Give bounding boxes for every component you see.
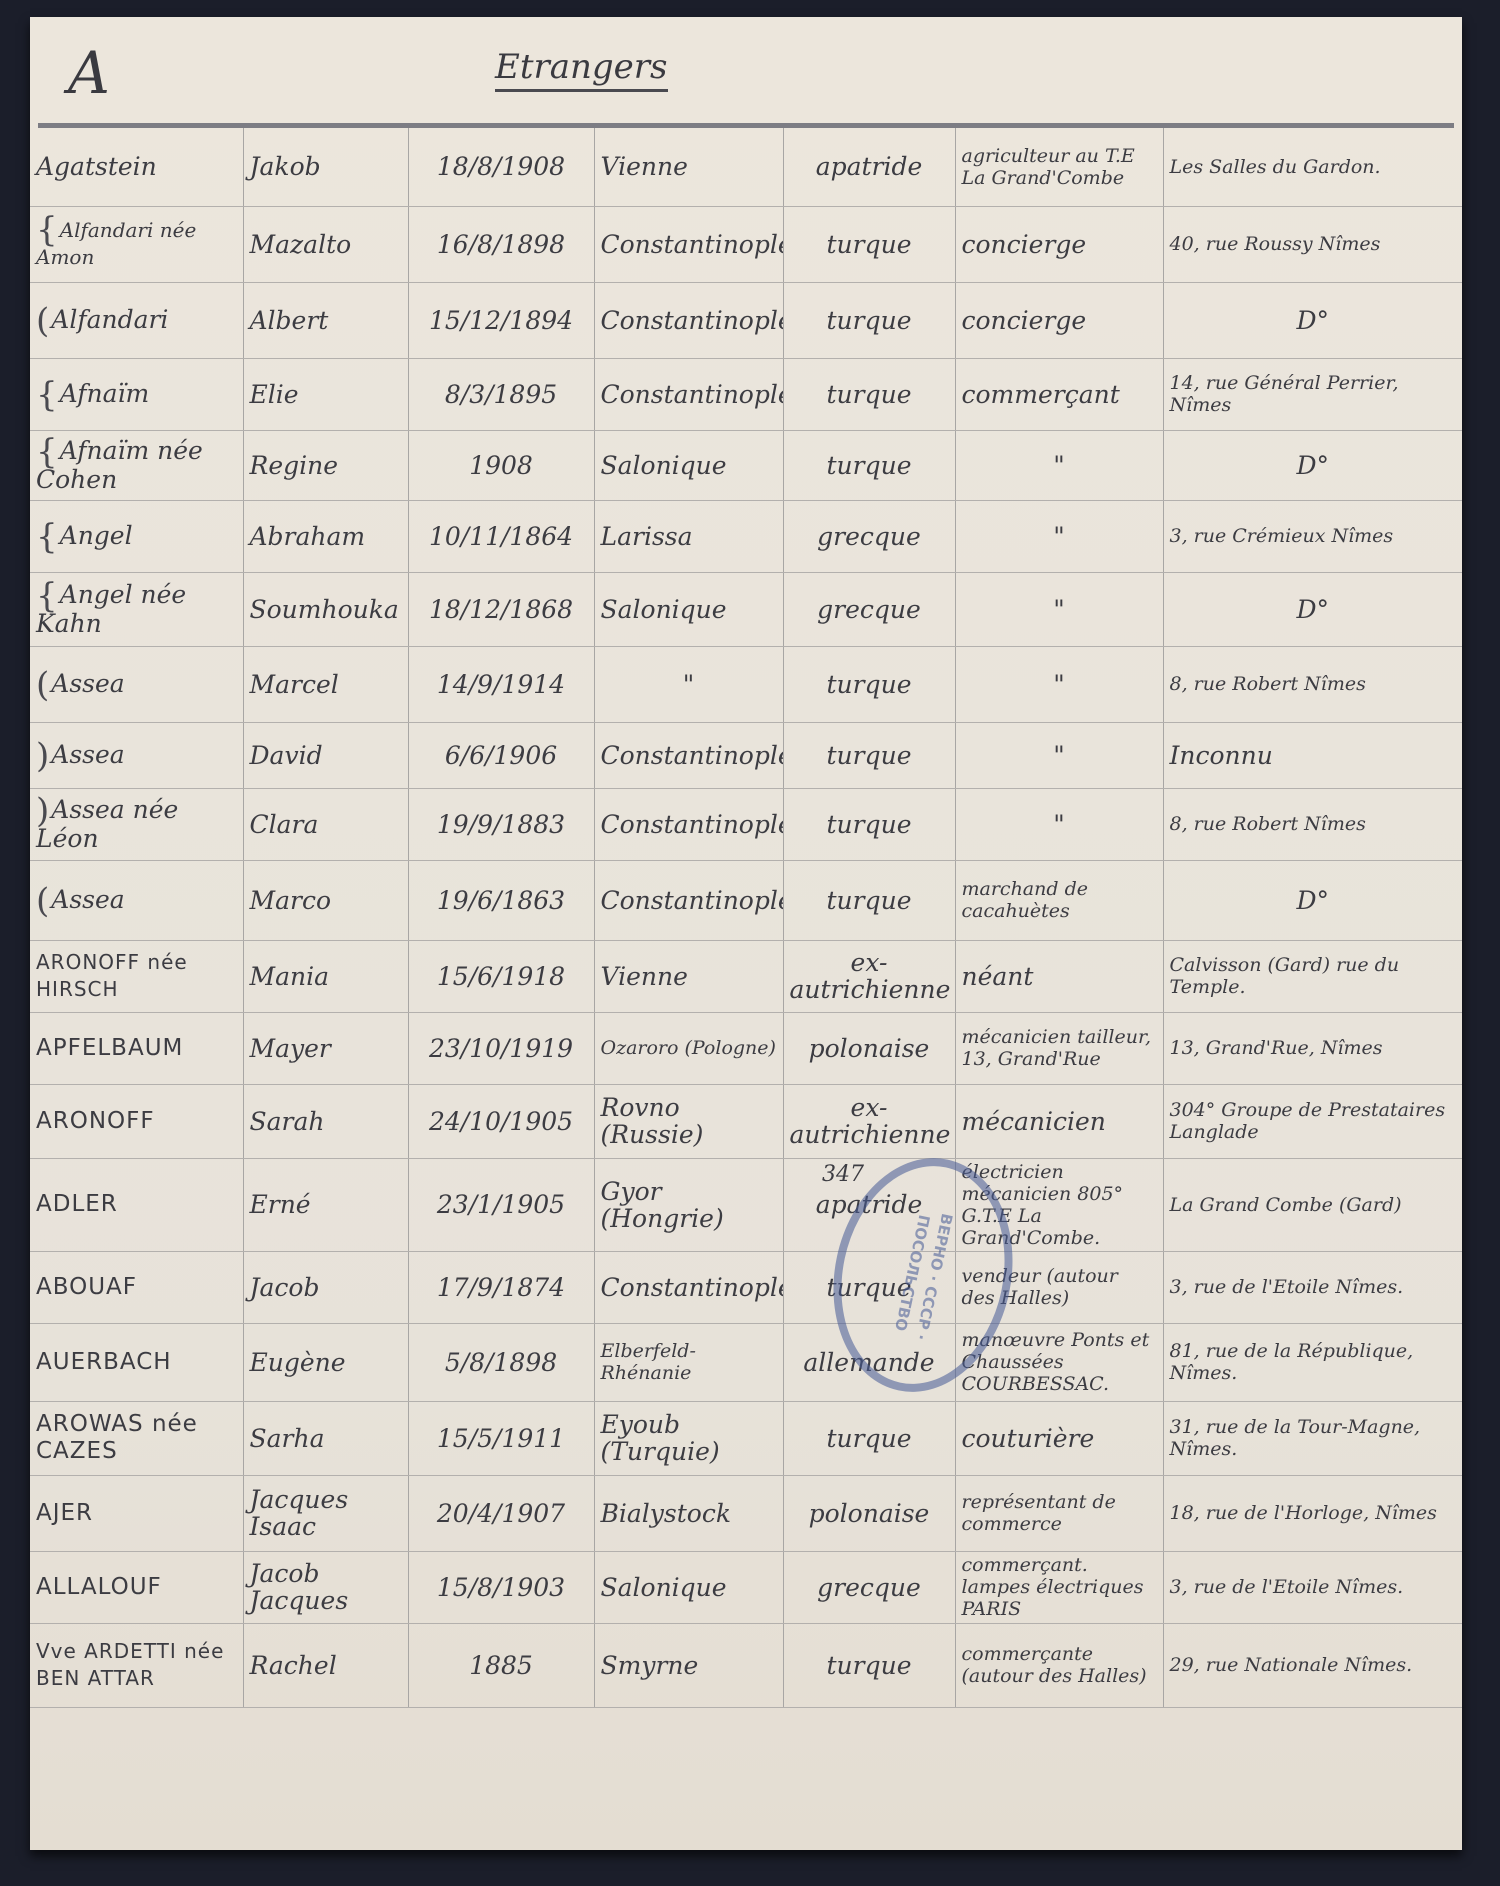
cell-nom: {Angel née Kahn bbox=[30, 572, 243, 646]
cell-text: 3, rue de l'Etoile Nîmes. bbox=[1170, 1576, 1404, 1598]
cell-lieu: Ozaroro (Pologne) bbox=[594, 1012, 783, 1084]
brace-mark: ) bbox=[36, 743, 49, 770]
cell-prenom: Sarha bbox=[243, 1401, 408, 1475]
cell-adresse: D° bbox=[1163, 282, 1462, 358]
cell-nationalite: turque bbox=[783, 860, 955, 940]
cell-text: Regine bbox=[250, 451, 339, 480]
table-row: AUERBACHEugène5/8/1898Elberfeld-Rhénanie… bbox=[30, 1323, 1462, 1401]
cell-prenom: Mazalto bbox=[243, 206, 408, 282]
cell-nationalite: turque bbox=[783, 788, 955, 860]
cell-text: " bbox=[683, 670, 695, 699]
cell-text: 8, rue Robert Nîmes bbox=[1170, 813, 1366, 835]
cell-lieu: Bialystock bbox=[594, 1475, 783, 1551]
cell-nom: (Assea bbox=[30, 646, 243, 722]
cell-nationalite: apatride bbox=[783, 128, 955, 206]
cell-text: Sarah bbox=[250, 1107, 325, 1136]
cell-text: marchand de cacahuètes bbox=[962, 878, 1088, 922]
cell-adresse: Inconnu bbox=[1163, 722, 1462, 788]
cell-lieu: Salonique bbox=[594, 430, 783, 500]
cell-text: 14/9/1914 bbox=[437, 670, 565, 699]
cell-text: Alfandari bbox=[51, 305, 168, 334]
cell-text: 23/10/1919 bbox=[429, 1034, 573, 1063]
table-row: ADLERErné23/1/1905Gyor (Hongrie)apatride… bbox=[30, 1158, 1462, 1251]
cell-text: Calvisson (Gard) rue du Temple. bbox=[1170, 954, 1400, 998]
cell-text: Rovno (Russie) bbox=[601, 1093, 704, 1149]
cell-text: turque bbox=[827, 810, 912, 839]
cell-text: grecque bbox=[817, 595, 921, 624]
cell-text: Angel bbox=[60, 521, 133, 550]
cell-text: Salonique bbox=[601, 595, 727, 624]
cell-nom: AROWAS née CAZES bbox=[30, 1401, 243, 1475]
cell-prenom: Clara bbox=[243, 788, 408, 860]
cell-prenom: Mania bbox=[243, 940, 408, 1012]
cell-lieu: Larissa bbox=[594, 500, 783, 572]
cell-text: " bbox=[1053, 522, 1065, 551]
cell-prenom: Eugène bbox=[243, 1323, 408, 1401]
cell-lieu: Constantinople bbox=[594, 788, 783, 860]
cell-nationalite: grecque bbox=[783, 500, 955, 572]
cell-nom: )Assea née Léon bbox=[30, 788, 243, 860]
table-row: ABOUAFJacob17/9/1874Constantinopleturque… bbox=[30, 1251, 1462, 1323]
cell-adresse: 18, rue de l'Horloge, Nîmes bbox=[1163, 1475, 1462, 1551]
cell-text: APFELBAUM bbox=[36, 1035, 183, 1061]
cell-lieu: Salonique bbox=[594, 572, 783, 646]
cell-profession: couturière bbox=[955, 1401, 1163, 1475]
cell-text: 15/6/1918 bbox=[437, 962, 565, 991]
cell-text: 6/6/1906 bbox=[445, 741, 557, 770]
cell-profession: néant bbox=[955, 940, 1163, 1012]
cell-text: couturière bbox=[962, 1424, 1095, 1453]
cell-lieu: Rovno (Russie) bbox=[594, 1084, 783, 1158]
cell-date: 8/3/1895 bbox=[408, 358, 594, 430]
cell-text: Mayer bbox=[250, 1034, 331, 1063]
cell-date: 18/12/1868 bbox=[408, 572, 594, 646]
cell-nationalite: turque bbox=[783, 1401, 955, 1475]
brace-mark: { bbox=[36, 382, 58, 409]
cell-adresse: La Grand Combe (Gard) bbox=[1163, 1158, 1462, 1251]
cell-profession: représentant de commerce bbox=[955, 1475, 1163, 1551]
cell-lieu: Gyor (Hongrie) bbox=[594, 1158, 783, 1251]
cell-lieu: Constantinople bbox=[594, 282, 783, 358]
cell-profession: agriculteur au T.E La Grand'Combe bbox=[955, 128, 1163, 206]
cell-text: Angel née Kahn bbox=[36, 580, 186, 638]
cell-date: 1885 bbox=[408, 1623, 594, 1707]
cell-text: 13, Grand'Rue, Nîmes bbox=[1170, 1037, 1383, 1059]
cell-adresse: 29, rue Nationale Nîmes. bbox=[1163, 1623, 1462, 1707]
cell-text: 10/11/1864 bbox=[429, 522, 573, 551]
cell-date: 20/4/1907 bbox=[408, 1475, 594, 1551]
cell-text: 17/9/1874 bbox=[437, 1273, 565, 1302]
cell-nationalite: ex-autrichienne bbox=[783, 1084, 955, 1158]
cell-text: Constantinople bbox=[601, 230, 784, 259]
cell-nom: ARONOFF bbox=[30, 1084, 243, 1158]
cell-nationalite: ex-autrichienne bbox=[783, 940, 955, 1012]
cell-text: ARONOFF bbox=[36, 1108, 155, 1134]
cell-prenom: Jacques Isaac bbox=[243, 1475, 408, 1551]
table-row: ARONOFF née HIRSCHMania15/6/1918Vienneex… bbox=[30, 940, 1462, 1012]
cell-text: turque bbox=[827, 670, 912, 699]
cell-text: Afnaïm bbox=[60, 379, 150, 408]
cell-nom: {Alfandari née Amon bbox=[30, 206, 243, 282]
cell-profession: commerçante (autour des Halles) bbox=[955, 1623, 1163, 1707]
cell-profession: mécanicien tailleur, 13, Grand'Rue bbox=[955, 1012, 1163, 1084]
cell-text: " bbox=[1053, 670, 1065, 699]
cell-nationalite: turque bbox=[783, 206, 955, 282]
table-row: {AfnaïmElie8/3/1895Constantinopleturquec… bbox=[30, 358, 1462, 430]
margin-number: 347 bbox=[822, 1162, 864, 1187]
cell-nom: )Assea bbox=[30, 722, 243, 788]
cell-text: Eyoub (Turquie) bbox=[601, 1410, 720, 1466]
cell-text: 15/5/1911 bbox=[437, 1424, 565, 1453]
brace-mark: { bbox=[36, 439, 58, 466]
cell-adresse: Les Salles du Gardon. bbox=[1163, 128, 1462, 206]
cell-prenom: David bbox=[243, 722, 408, 788]
cell-text: Alfandari née Amon bbox=[36, 218, 196, 269]
cell-date: 15/6/1918 bbox=[408, 940, 594, 1012]
cell-text: turque bbox=[827, 306, 912, 335]
brace-mark: ) bbox=[36, 798, 49, 825]
cell-text: Elie bbox=[250, 380, 299, 409]
register-table: AgatsteinJakob18/8/1908Vienneapatrideagr… bbox=[30, 128, 1462, 1708]
cell-profession: concierge bbox=[955, 206, 1163, 282]
cell-text: D° bbox=[1296, 595, 1329, 624]
cell-text: AUERBACH bbox=[36, 1349, 172, 1375]
cell-lieu: Smyrne bbox=[594, 1623, 783, 1707]
cell-text: mécanicien bbox=[962, 1107, 1106, 1136]
brace-mark: { bbox=[36, 217, 58, 244]
cell-nom: {Angel bbox=[30, 500, 243, 572]
cell-date: 19/6/1863 bbox=[408, 860, 594, 940]
cell-date: 16/8/1898 bbox=[408, 206, 594, 282]
cell-text: Clara bbox=[250, 810, 319, 839]
brace-mark: { bbox=[36, 583, 58, 610]
cell-text: 18/8/1908 bbox=[437, 152, 565, 181]
cell-prenom: Soumhouka bbox=[243, 572, 408, 646]
cell-lieu: Eyoub (Turquie) bbox=[594, 1401, 783, 1475]
cell-text: 29, rue Nationale Nîmes. bbox=[1170, 1654, 1413, 1676]
cell-text: concierge bbox=[962, 306, 1087, 335]
cell-text: D° bbox=[1296, 886, 1329, 915]
cell-text: turque bbox=[827, 886, 912, 915]
cell-text: Eugène bbox=[250, 1348, 346, 1377]
table-row: AJERJacques Isaac20/4/1907Bialystockpolo… bbox=[30, 1475, 1462, 1551]
cell-text: Marco bbox=[250, 886, 332, 915]
cell-prenom: Sarah bbox=[243, 1084, 408, 1158]
cell-adresse: 3, rue de l'Etoile Nîmes. bbox=[1163, 1551, 1462, 1623]
cell-text: agriculteur au T.E La Grand'Combe bbox=[962, 145, 1135, 189]
cell-text: ex-autrichienne bbox=[790, 948, 951, 1004]
cell-lieu: Vienne bbox=[594, 128, 783, 206]
cell-adresse: 304° Groupe de Prestataires Langlade bbox=[1163, 1084, 1462, 1158]
cell-nationalite: polonaise bbox=[783, 1012, 955, 1084]
brace-mark: { bbox=[36, 524, 58, 551]
cell-text: 18, rue de l'Horloge, Nîmes bbox=[1170, 1502, 1437, 1524]
cell-text: polonaise bbox=[809, 1034, 930, 1063]
cell-nationalite: turque bbox=[783, 1623, 955, 1707]
cell-text: 304° Groupe de Prestataires Langlade bbox=[1170, 1099, 1446, 1143]
cell-text: turque bbox=[827, 1424, 912, 1453]
cell-text: Vienne bbox=[601, 962, 688, 991]
cell-text: Smyrne bbox=[601, 1651, 699, 1680]
cell-nom: AUERBACH bbox=[30, 1323, 243, 1401]
cell-text: Elberfeld-Rhénanie bbox=[601, 1340, 696, 1384]
cell-date: 6/6/1906 bbox=[408, 722, 594, 788]
cell-text: Constantinople bbox=[601, 810, 784, 839]
section-letter: A bbox=[68, 39, 110, 107]
cell-text: Assea née Léon bbox=[36, 795, 178, 853]
cell-text: " bbox=[1053, 741, 1065, 770]
cell-date: 15/12/1894 bbox=[408, 282, 594, 358]
cell-text: Ozaroro (Pologne) bbox=[601, 1037, 776, 1059]
cell-text: " bbox=[1053, 595, 1065, 624]
cell-text: polonaise bbox=[809, 1499, 930, 1528]
cell-text: Jacques Isaac bbox=[250, 1485, 349, 1541]
table-row: )AsseaDavid6/6/1906Constantinopleturque"… bbox=[30, 722, 1462, 788]
cell-text: Mazalto bbox=[250, 230, 352, 259]
cell-nom: ALLALOUF bbox=[30, 1551, 243, 1623]
stamp-text: ВЕРНО · CCCP · ПОСОЛЬСТВО bbox=[879, 1163, 968, 1387]
cell-text: apatride bbox=[816, 152, 923, 181]
cell-nom: ABOUAF bbox=[30, 1251, 243, 1323]
cell-lieu: Constantinople bbox=[594, 860, 783, 940]
cell-lieu: Constantinople bbox=[594, 722, 783, 788]
table-row: {Alfandari née AmonMazalto16/8/1898Const… bbox=[30, 206, 1462, 282]
cell-nom: Agatstein bbox=[30, 128, 243, 206]
cell-text: 40, rue Roussy Nîmes bbox=[1170, 233, 1381, 255]
table-row: {Angel née KahnSoumhouka18/12/1868Saloni… bbox=[30, 572, 1462, 646]
table-row: (AlfandariAlbert15/12/1894Constantinople… bbox=[30, 282, 1462, 358]
cell-text: commerçant bbox=[962, 380, 1120, 409]
cell-text: turque bbox=[827, 741, 912, 770]
cell-text: D° bbox=[1296, 306, 1329, 335]
cell-text: 1885 bbox=[469, 1651, 533, 1680]
cell-prenom: Marcel bbox=[243, 646, 408, 722]
brace-mark: ( bbox=[36, 308, 49, 335]
cell-text: turque bbox=[827, 451, 912, 480]
cell-prenom: Erné bbox=[243, 1158, 408, 1251]
cell-text: 15/8/1903 bbox=[437, 1573, 565, 1602]
cell-text: 1908 bbox=[469, 451, 533, 480]
cell-prenom: Mayer bbox=[243, 1012, 408, 1084]
cell-text: ARONOFF née HIRSCH bbox=[36, 950, 188, 1001]
cell-text: AJER bbox=[36, 1500, 93, 1526]
cell-text: commerçante (autour des Halles) bbox=[962, 1643, 1147, 1687]
cell-profession: " bbox=[955, 572, 1163, 646]
cell-text: Constantinople bbox=[601, 380, 784, 409]
table-row: APFELBAUMMayer23/10/1919Ozaroro (Pologne… bbox=[30, 1012, 1462, 1084]
cell-profession: mécanicien bbox=[955, 1084, 1163, 1158]
table-row: )Assea née LéonClara19/9/1883Constantino… bbox=[30, 788, 1462, 860]
cell-text: 3, rue Crémieux Nîmes bbox=[1170, 525, 1394, 547]
cell-text: turque bbox=[827, 230, 912, 259]
cell-text: Mania bbox=[250, 962, 330, 991]
cell-text: Jacob bbox=[250, 1273, 320, 1302]
brace-mark: ( bbox=[36, 888, 49, 915]
cell-text: La Grand Combe (Gard) bbox=[1170, 1194, 1402, 1216]
cell-adresse: 81, rue de la République, Nîmes. bbox=[1163, 1323, 1462, 1401]
cell-profession: " bbox=[955, 722, 1163, 788]
page-title: Etrangers bbox=[495, 47, 668, 92]
cell-text: turque bbox=[827, 380, 912, 409]
cell-profession: " bbox=[955, 430, 1163, 500]
cell-adresse: 8, rue Robert Nîmes bbox=[1163, 646, 1462, 722]
cell-adresse: 8, rue Robert Nîmes bbox=[1163, 788, 1462, 860]
cell-text: turque bbox=[827, 1651, 912, 1680]
cell-text: AROWAS née CAZES bbox=[36, 1411, 198, 1464]
cell-nationalite: turque bbox=[783, 358, 955, 430]
cell-text: Constantinople bbox=[601, 741, 784, 770]
table-row: ARONOFFSarah24/10/1905Rovno (Russie)ex-a… bbox=[30, 1084, 1462, 1158]
table-row: {Afnaïm née CohenRegine1908Saloniqueturq… bbox=[30, 430, 1462, 500]
cell-text: Constantinople bbox=[601, 886, 784, 915]
cell-text: grecque bbox=[817, 1573, 921, 1602]
cell-lieu: Constantinople bbox=[594, 358, 783, 430]
cell-text: 8/3/1895 bbox=[445, 380, 557, 409]
cell-prenom: Rachel bbox=[243, 1623, 408, 1707]
cell-text: 20/4/1907 bbox=[437, 1499, 565, 1528]
cell-nationalite: grecque bbox=[783, 1551, 955, 1623]
cell-prenom: Jakob bbox=[243, 128, 408, 206]
cell-text: Albert bbox=[250, 306, 329, 335]
cell-date: 1908 bbox=[408, 430, 594, 500]
cell-text: Erné bbox=[250, 1190, 311, 1219]
cell-profession: " bbox=[955, 788, 1163, 860]
cell-adresse: 31, rue de la Tour-Magne, Nîmes. bbox=[1163, 1401, 1462, 1475]
cell-text: Bialystock bbox=[601, 1499, 731, 1528]
cell-text: Abraham bbox=[250, 522, 366, 551]
cell-date: 23/10/1919 bbox=[408, 1012, 594, 1084]
cell-profession: " bbox=[955, 646, 1163, 722]
cell-date: 5/8/1898 bbox=[408, 1323, 594, 1401]
cell-text: ex-autrichienne bbox=[790, 1093, 951, 1149]
cell-nationalite: polonaise bbox=[783, 1475, 955, 1551]
cell-text: Rachel bbox=[250, 1651, 337, 1680]
cell-text: 15/12/1894 bbox=[429, 306, 573, 335]
cell-lieu: Elberfeld-Rhénanie bbox=[594, 1323, 783, 1401]
cell-text: Inconnu bbox=[1170, 741, 1273, 770]
cell-text: grecque bbox=[817, 522, 921, 551]
cell-text: Gyor (Hongrie) bbox=[601, 1177, 724, 1233]
cell-text: D° bbox=[1296, 451, 1329, 480]
cell-profession: commerçant bbox=[955, 358, 1163, 430]
cell-nom: (Alfandari bbox=[30, 282, 243, 358]
table-row: ALLALOUFJacob Jacques15/8/1903Saloniqueg… bbox=[30, 1551, 1462, 1623]
cell-text: Assea bbox=[51, 669, 124, 698]
cell-prenom: Jacob Jacques bbox=[243, 1551, 408, 1623]
register-rows: AgatsteinJakob18/8/1908Vienneapatrideagr… bbox=[30, 128, 1462, 1707]
cell-text: 3, rue de l'Etoile Nîmes. bbox=[1170, 1276, 1404, 1298]
cell-nationalite: turque bbox=[783, 430, 955, 500]
cell-date: 14/9/1914 bbox=[408, 646, 594, 722]
table-row: AROWAS née CAZESSarha15/5/1911Eyoub (Tur… bbox=[30, 1401, 1462, 1475]
cell-text: David bbox=[250, 741, 323, 770]
cell-text: 5/8/1898 bbox=[445, 1348, 557, 1377]
cell-nom: {Afnaïm née Cohen bbox=[30, 430, 243, 500]
cell-text: concierge bbox=[962, 230, 1087, 259]
cell-nationalite: grecque bbox=[783, 572, 955, 646]
cell-prenom: Marco bbox=[243, 860, 408, 940]
cell-text: Salonique bbox=[601, 1573, 727, 1602]
brace-mark: ( bbox=[36, 672, 49, 699]
cell-text: Vienne bbox=[601, 152, 688, 181]
cell-text: 19/9/1883 bbox=[437, 810, 565, 839]
cell-adresse: 3, rue Crémieux Nîmes bbox=[1163, 500, 1462, 572]
cell-text: Afnaïm née Cohen bbox=[36, 436, 203, 494]
cell-text: ABOUAF bbox=[36, 1274, 137, 1300]
table-row: (AsseaMarco19/6/1863Constantinopleturque… bbox=[30, 860, 1462, 940]
table-row: AgatsteinJakob18/8/1908Vienneapatrideagr… bbox=[30, 128, 1462, 206]
cell-profession: commerçant. lampes électriques PARIS bbox=[955, 1551, 1163, 1623]
cell-nationalite: turque bbox=[783, 722, 955, 788]
cell-text: 18/12/1868 bbox=[429, 595, 573, 624]
cell-prenom: Regine bbox=[243, 430, 408, 500]
table-row: {AngelAbraham10/11/1864Larissagrecque"3,… bbox=[30, 500, 1462, 572]
document-page: A Etrangers AgatsteinJakob18/8/1908Vienn… bbox=[30, 17, 1462, 1850]
cell-profession: " bbox=[955, 500, 1163, 572]
cell-text: néant bbox=[962, 962, 1034, 991]
cell-prenom: Elie bbox=[243, 358, 408, 430]
cell-date: 15/8/1903 bbox=[408, 1551, 594, 1623]
cell-date: 23/1/1905 bbox=[408, 1158, 594, 1251]
cell-text: Assea bbox=[51, 885, 124, 914]
cell-prenom: Jacob bbox=[243, 1251, 408, 1323]
cell-text: " bbox=[1053, 451, 1065, 480]
cell-text: Sarha bbox=[250, 1424, 325, 1453]
cell-adresse: 13, Grand'Rue, Nîmes bbox=[1163, 1012, 1462, 1084]
cell-text: 23/1/1905 bbox=[437, 1190, 565, 1219]
cell-profession: marchand de cacahuètes bbox=[955, 860, 1163, 940]
cell-text: 24/10/1905 bbox=[429, 1107, 573, 1136]
cell-text: Soumhouka bbox=[250, 595, 399, 624]
cell-prenom: Abraham bbox=[243, 500, 408, 572]
cell-nom: Vve ARDETTI née BEN ATTAR bbox=[30, 1623, 243, 1707]
table-row: (AsseaMarcel14/9/1914"turque"8, rue Robe… bbox=[30, 646, 1462, 722]
cell-adresse: D° bbox=[1163, 572, 1462, 646]
cell-text: Jacob Jacques bbox=[250, 1559, 349, 1615]
cell-text: 19/6/1863 bbox=[437, 886, 565, 915]
cell-lieu: Constantinople bbox=[594, 206, 783, 282]
cell-text: 14, rue Général Perrier, Nîmes bbox=[1170, 372, 1399, 416]
cell-date: 17/9/1874 bbox=[408, 1251, 594, 1323]
cell-adresse: 40, rue Roussy Nîmes bbox=[1163, 206, 1462, 282]
cell-nationalite: turque bbox=[783, 646, 955, 722]
cell-nationalite: turque bbox=[783, 282, 955, 358]
cell-text: 16/8/1898 bbox=[437, 230, 565, 259]
cell-lieu: Constantinople bbox=[594, 1251, 783, 1323]
cell-text: Assea bbox=[51, 740, 124, 769]
cell-text: représentant de commerce bbox=[962, 1491, 1116, 1535]
cell-prenom: Albert bbox=[243, 282, 408, 358]
cell-text: 81, rue de la République, Nîmes. bbox=[1170, 1340, 1414, 1384]
cell-lieu: Vienne bbox=[594, 940, 783, 1012]
cell-text: Constantinople bbox=[601, 306, 784, 335]
cell-lieu: Salonique bbox=[594, 1551, 783, 1623]
cell-date: 15/5/1911 bbox=[408, 1401, 594, 1475]
cell-nom: ARONOFF née HIRSCH bbox=[30, 940, 243, 1012]
cell-text: " bbox=[1053, 810, 1065, 839]
cell-text: Constantinople bbox=[601, 1273, 784, 1302]
cell-nom: APFELBAUM bbox=[30, 1012, 243, 1084]
cell-date: 24/10/1905 bbox=[408, 1084, 594, 1158]
cell-text: commerçant. lampes électriques PARIS bbox=[962, 1554, 1144, 1620]
cell-text: Salonique bbox=[601, 451, 727, 480]
cell-text: ADLER bbox=[36, 1191, 118, 1217]
cell-text: Agatstein bbox=[36, 152, 157, 181]
cell-profession: concierge bbox=[955, 282, 1163, 358]
cell-text: mécanicien tailleur, 13, Grand'Rue bbox=[962, 1026, 1152, 1070]
cell-date: 18/8/1908 bbox=[408, 128, 594, 206]
cell-date: 19/9/1883 bbox=[408, 788, 594, 860]
